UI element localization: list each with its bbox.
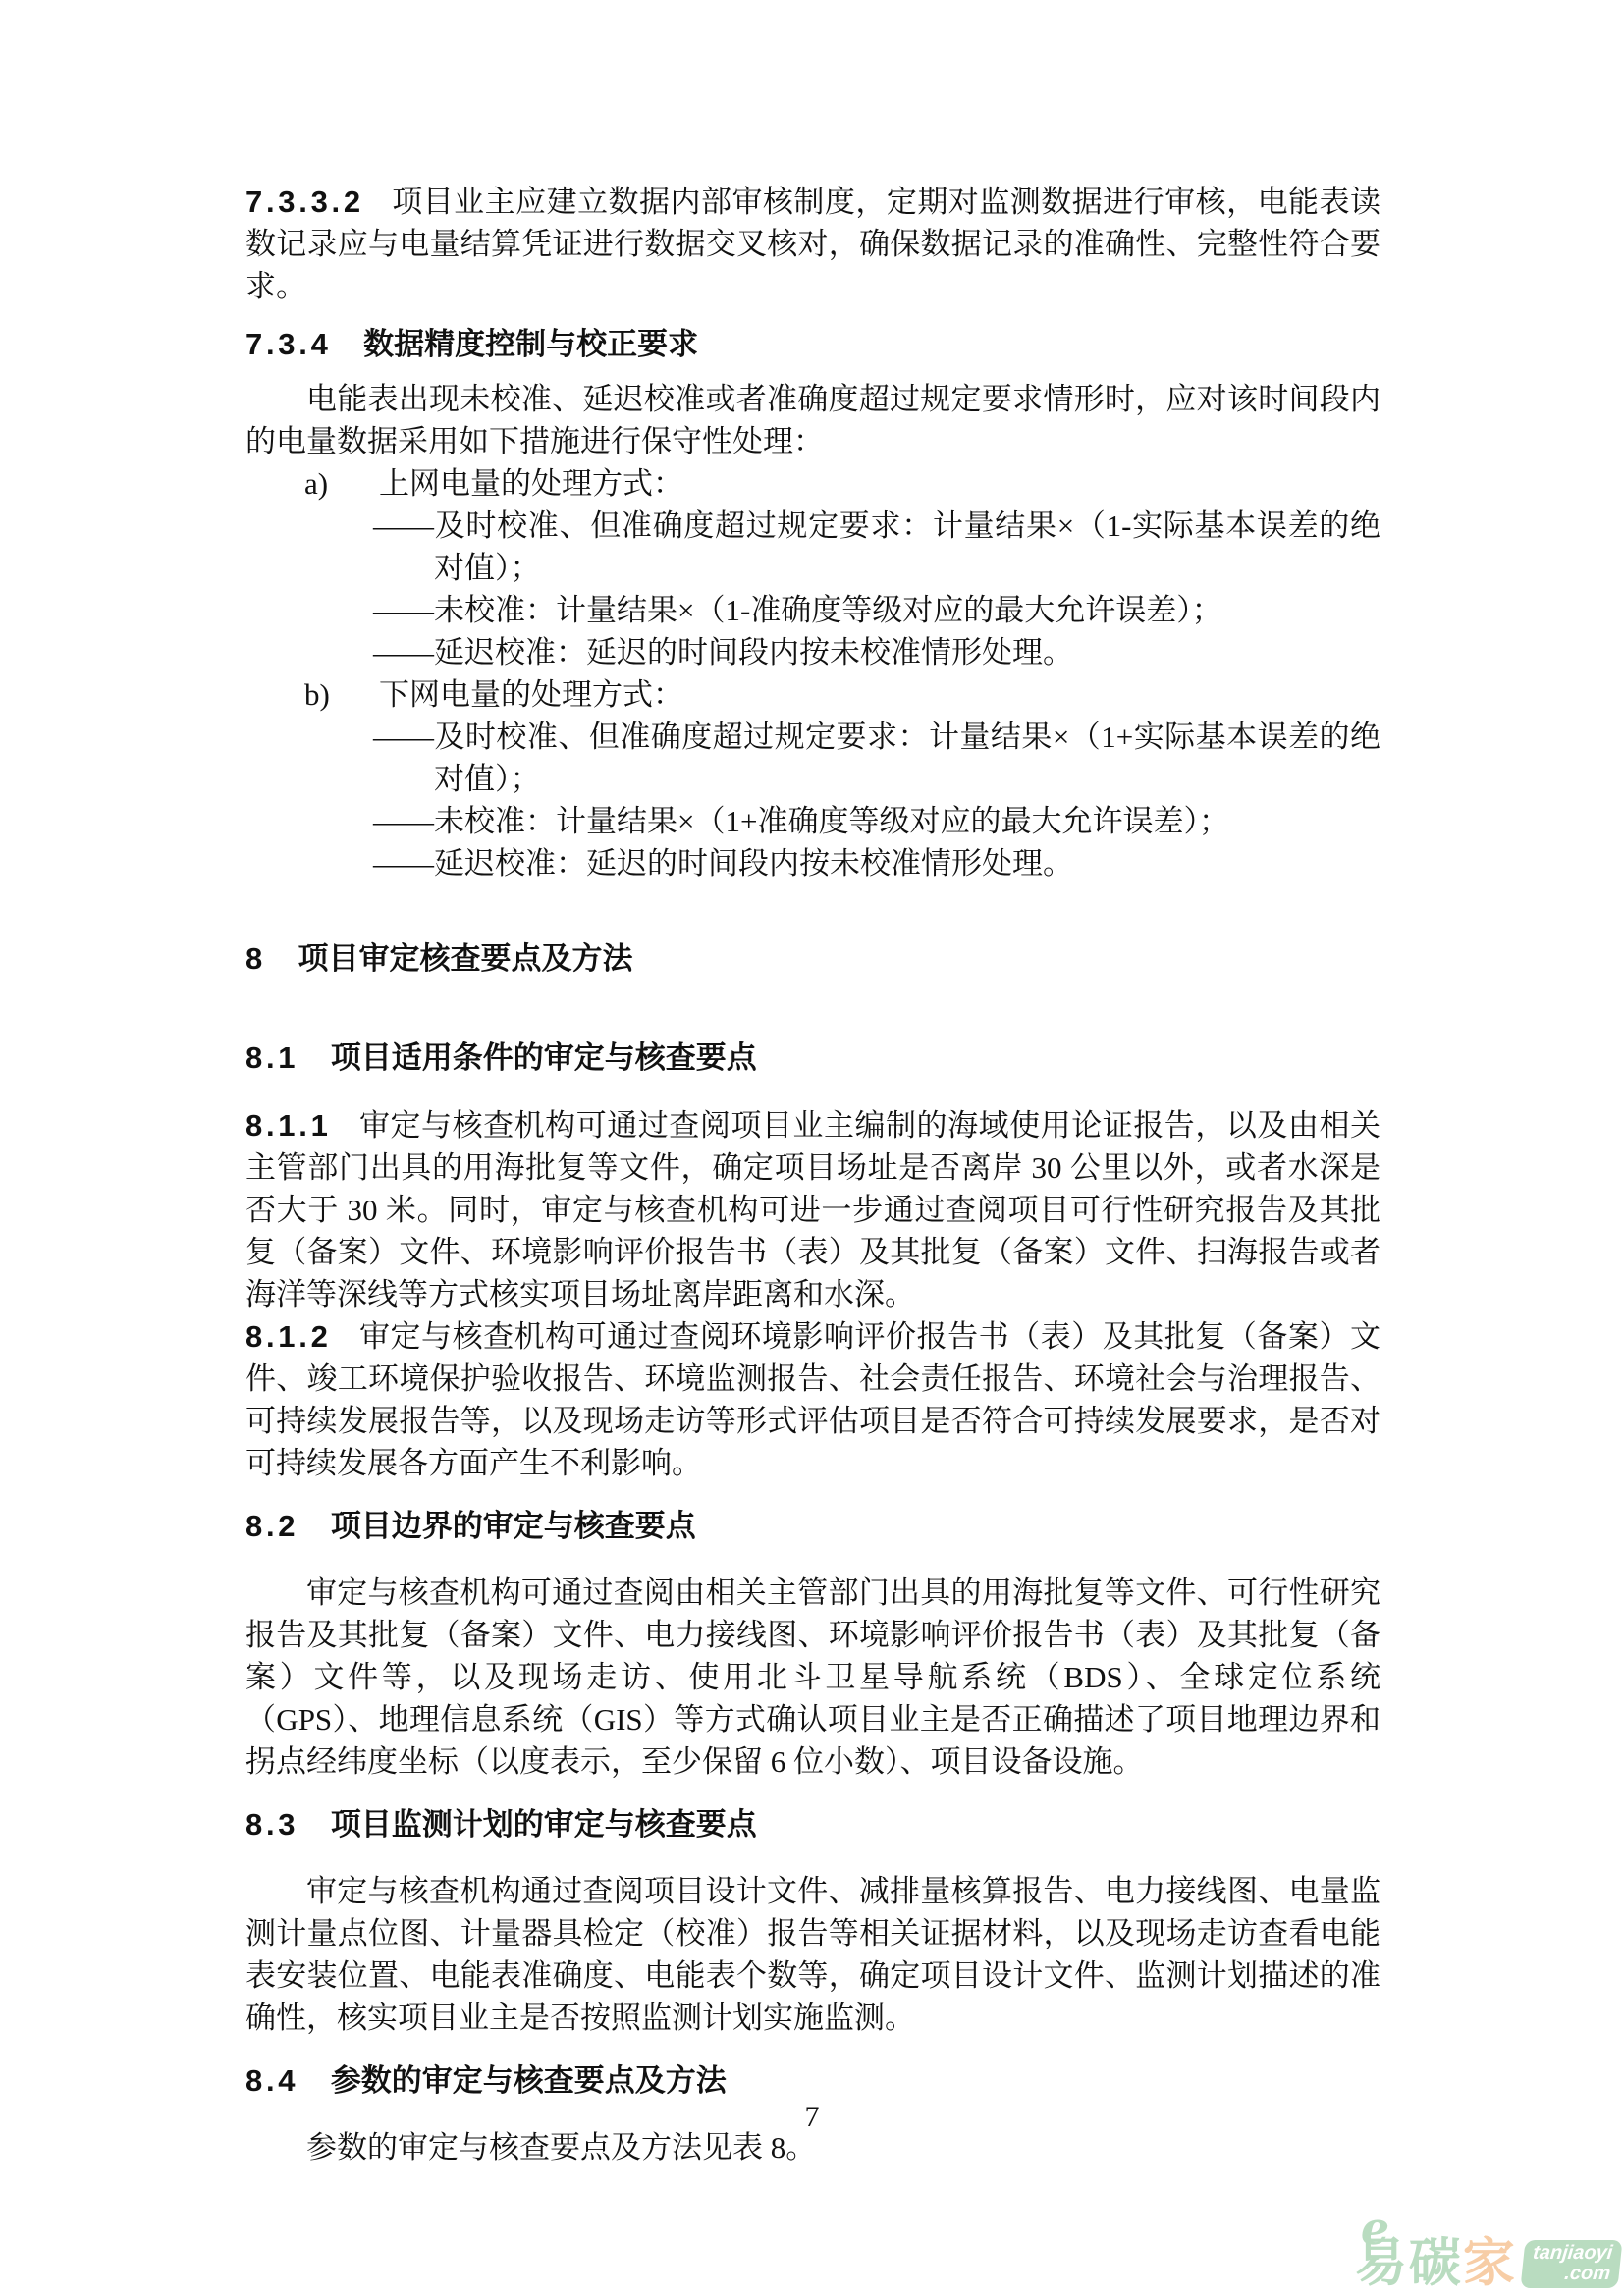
- heading-title: 项目适用条件的审定与核查要点: [331, 1041, 757, 1075]
- clause-7-3-3-2: 7.3.3.2项目业主应建立数据内部审核制度，定期对监测数据进行审核，电能表读数…: [245, 181, 1380, 307]
- watermark-domain-badge: tanjiaoyi .com: [1520, 2240, 1622, 2288]
- page-number: 7: [0, 2101, 1624, 2134]
- list-title: 下网电量的处理方式：: [379, 677, 683, 712]
- clause-8-1-2: 8.1.2审定与核查机构可通过查阅环境影响评价报告书（表）及其批复（备案）文件、…: [245, 1315, 1380, 1484]
- heading-8-3: 8.3项目监测计划的审定与核查要点: [245, 1803, 1380, 1845]
- leaf-swirl-icon: ℯ: [1361, 2206, 1389, 2251]
- heading-7-3-4: 7.3.4数据精度控制与校正要求: [245, 323, 1380, 365]
- heading-number: 8.2: [245, 1509, 298, 1543]
- clause-number: 7.3.3.2: [245, 185, 364, 219]
- heading-number: 8.4: [245, 2063, 298, 2098]
- heading-title: 项目监测计划的审定与核查要点: [331, 1807, 757, 1842]
- list-item: ——及时校准、但准确度超过规定要求：计量结果×（1-实际基本误差的绝对值）；: [373, 505, 1380, 589]
- clause-text: 项目业主应建立数据内部审核制度，定期对监测数据进行审核，电能表读数记录应与电量结…: [245, 185, 1380, 303]
- heading-8: 8项目审定核查要点及方法: [245, 937, 1380, 980]
- heading-8-4: 8.4参数的审定与核查要点及方法: [245, 2059, 1380, 2102]
- heading-title: 参数的审定与核查要点及方法: [331, 2063, 727, 2098]
- heading-number: 8.1: [245, 1041, 298, 1075]
- list-item: ——延迟校准：延迟的时间段内按未校准情形处理。: [373, 631, 1380, 673]
- heading-number: 7.3.4: [245, 327, 332, 361]
- clause-number: 8.1.2: [245, 1319, 332, 1354]
- paragraph-7-3-4-intro: 电能表出现未校准、延迟校准或者准确度超过规定要求情形时，应对该时间段内的电量数据…: [245, 378, 1380, 462]
- clause-8-1-1: 8.1.1审定与核查机构可通过查阅项目业主编制的海域使用论证报告，以及由相关主管…: [245, 1104, 1380, 1315]
- heading-number: 8.3: [245, 1807, 298, 1842]
- list-label: a): [304, 462, 379, 505]
- paragraph-8-2: 审定与核查机构可通过查阅由相关主管部门出具的用海批复等文件、可行性研究报告及其批…: [245, 1572, 1380, 1783]
- list-item: ——未校准：计量结果×（1-准确度等级对应的最大允许误差）；: [373, 589, 1380, 631]
- clause-number: 8.1.1: [245, 1108, 332, 1143]
- clause-text: 审定与核查机构可通过查阅环境影响评价报告书（表）及其批复（备案）文件、竣工环境保…: [245, 1319, 1380, 1480]
- heading-title: 项目边界的审定与核查要点: [331, 1509, 696, 1543]
- list-group-a: a)上网电量的处理方式： ——及时校准、但准确度超过规定要求：计量结果×（1-实…: [245, 462, 1380, 673]
- heading-title: 数据精度控制与校正要求: [363, 327, 698, 361]
- watermark-char-jia: 家: [1463, 2239, 1515, 2288]
- list-group-b: b)下网电量的处理方式： ——及时校准、但准确度超过规定要求：计量结果×（1+实…: [245, 673, 1380, 884]
- document-page-body: 7.3.3.2项目业主应建立数据内部审核制度，定期对监测数据进行审核，电能表读数…: [245, 181, 1380, 2168]
- watermark-logo: ℯ 易 碳 家 tanjiaoyi .com: [1355, 2239, 1620, 2288]
- list-title: 上网电量的处理方式：: [379, 466, 683, 501]
- heading-title: 项目审定核查要点及方法: [298, 941, 633, 976]
- watermark-char-tan: 碳: [1409, 2239, 1461, 2288]
- list-item: ——延迟校准：延迟的时间段内按未校准情形处理。: [373, 842, 1380, 884]
- list-group-b-head: b)下网电量的处理方式：: [245, 673, 1380, 716]
- heading-number: 8: [245, 941, 266, 976]
- heading-8-2: 8.2项目边界的审定与核查要点: [245, 1505, 1380, 1547]
- heading-8-1: 8.1项目适用条件的审定与核查要点: [245, 1037, 1380, 1079]
- watermark-domain-name: tanjiaoyi: [1532, 2243, 1613, 2264]
- list-item: ——未校准：计量结果×（1+准确度等级对应的最大允许误差）；: [373, 800, 1380, 842]
- watermark-domain-tld: .com: [1530, 2264, 1611, 2284]
- list-label: b): [304, 673, 379, 716]
- clause-text: 审定与核查机构可通过查阅项目业主编制的海域使用论证报告，以及由相关主管部门出具的…: [245, 1108, 1380, 1311]
- list-item: ——及时校准、但准确度超过规定要求：计量结果×（1+实际基本误差的绝对值）；: [373, 716, 1380, 800]
- paragraph-8-3: 审定与核查机构通过查阅项目设计文件、减排量核算报告、电力接线图、电量监测计量点位…: [245, 1870, 1380, 2039]
- list-group-a-head: a)上网电量的处理方式：: [245, 462, 1380, 505]
